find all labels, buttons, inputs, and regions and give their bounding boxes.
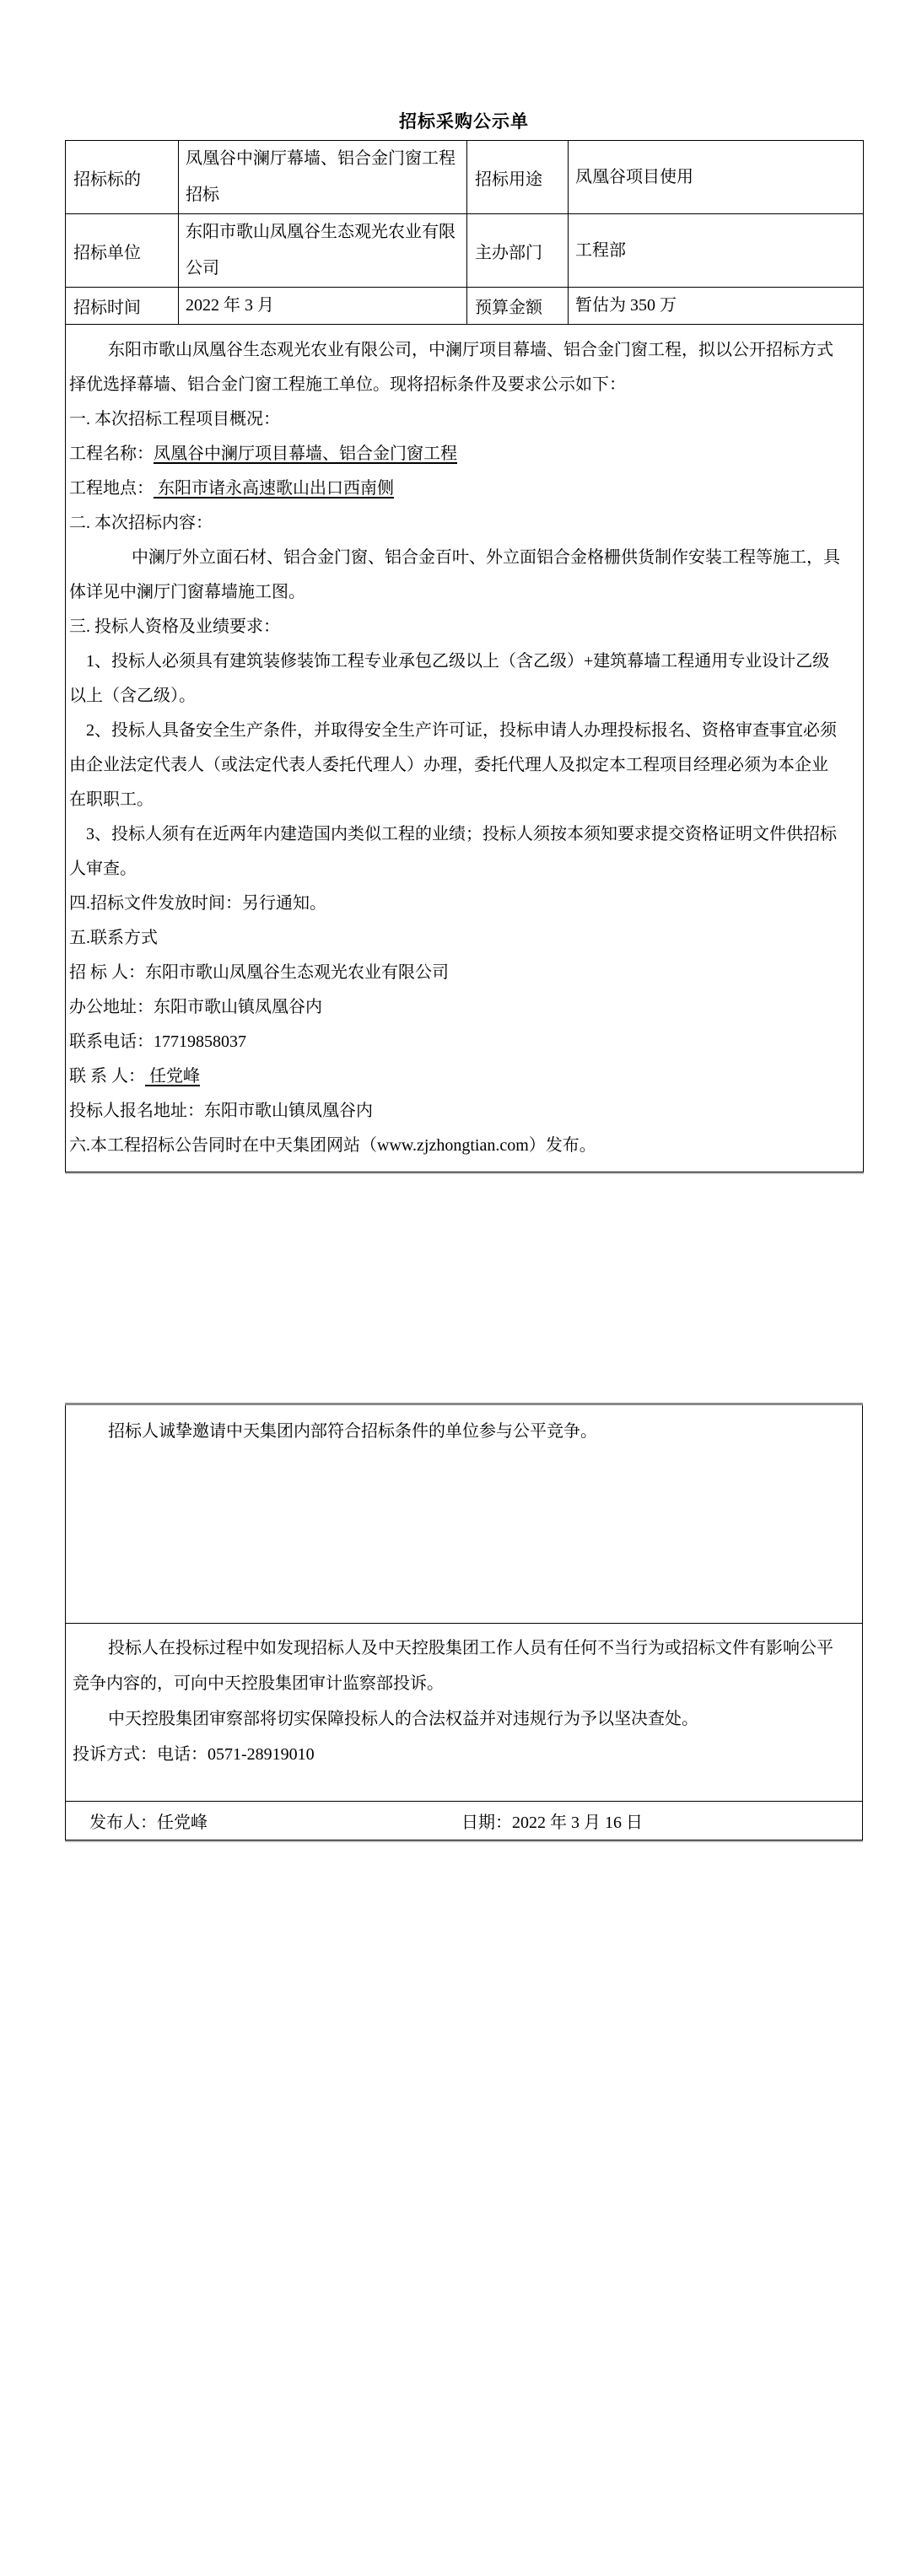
invitation-text: 招标人诚挚邀请中天集团内部符合招标条件的单位参与公平竞争。 <box>73 1414 840 1449</box>
table-row-subject: 招标标的 凤凰谷中澜厅幕墙、铝合金门窗工程招标 招标用途 凤凰谷项目使用 <box>66 141 864 214</box>
complaint-phone-line: 投诉方式：电话：0571-28919010 <box>73 1737 840 1772</box>
section6-line: 六.本工程招标公告同时在中天集团网站（www.zjzhongtian.com）发… <box>69 1129 841 1163</box>
project-site-label: 工程地点： <box>69 479 154 498</box>
signup-address-line: 投标人报名地址：东阳市歌山镇凤凰谷内 <box>69 1094 841 1129</box>
document-title: 招标采购公示单 <box>65 0 863 133</box>
contact-phone-line: 联系电话：17719858037 <box>69 1025 841 1059</box>
contact-person-value: 任党峰 <box>145 1067 200 1086</box>
qualification-item-3: 3、投标人须有在近两年内建造国内类似工程的业绩；投标人须按本须知要求提交资格证明… <box>69 817 841 887</box>
project-site-line: 工程地点： 东阳市诸永高速歌山出口西南侧 <box>69 472 841 506</box>
complaint-cell: 投标人在投标过程中如发现招标人及中天控股集团工作人员有任何不当行为或招标文件有影… <box>66 1624 863 1802</box>
value-host-department: 工程部 <box>569 214 864 288</box>
section3-heading: 三. 投标人资格及业绩要求： <box>69 610 841 644</box>
project-name-line: 工程名称：凤凰谷中澜厅项目幕墙、铝合金门窗工程 <box>69 437 841 472</box>
value-bid-time: 2022 年 3 月 <box>179 288 467 325</box>
table-row-complaint: 投标人在投标过程中如发现招标人及中天控股集团工作人员有任何不当行为或招标文件有影… <box>66 1624 863 1802</box>
contact-address-line: 办公地址：东阳市歌山镇凤凰谷内 <box>69 990 841 1025</box>
bid-announcement-document: 招标采购公示单 招标标的 凤凰谷中澜厅幕墙、铝合金门窗工程招标 招标用途 凤凰谷… <box>65 0 863 1840</box>
complaint-paragraph-2: 中天控股集团审察部将切实保障投标人的合法权益并对违规行为予以坚决查处。 <box>73 1701 840 1737</box>
label-bid-purpose: 招标用途 <box>467 141 569 214</box>
table-row-invitation: 招标人诚挚邀请中天集团内部符合招标条件的单位参与公平竞争。 <box>66 1404 863 1624</box>
contact-bidder-line: 招 标 人：东阳市歌山凤凰谷生态观光农业有限公司 <box>69 956 841 990</box>
table-row-unit: 招标单位 东阳市歌山凤凰谷生态观光农业有限公司 主办部门 工程部 <box>66 214 864 288</box>
section4-line: 四.招标文件发放时间：另行通知。 <box>69 887 841 921</box>
label-bid-unit: 招标单位 <box>66 214 179 288</box>
value-bid-subject: 凤凰谷中澜厅幕墙、铝合金门窗工程招标 <box>179 141 467 214</box>
invitation-cell: 招标人诚挚邀请中天集团内部符合招标条件的单位参与公平竞争。 <box>66 1404 863 1624</box>
label-host-department: 主办部门 <box>467 214 569 288</box>
section2-heading: 二. 本次招标内容： <box>69 506 841 541</box>
value-bid-unit: 东阳市歌山凤凰谷生态观光农业有限公司 <box>179 214 467 288</box>
project-name-value: 凤凰谷中澜厅项目幕墙、铝合金门窗工程 <box>154 445 457 463</box>
footer-cell: 发布人：任党峰日期：2022 年 3 月 16 日 <box>66 1802 863 1840</box>
publisher-name: 发布人：任党峰 <box>89 1808 461 1833</box>
table-row-time: 招标时间 2022 年 3 月 预算金额 暂估为 350 万 <box>66 288 864 325</box>
table-row-footer: 发布人：任党峰日期：2022 年 3 月 16 日 <box>66 1802 863 1840</box>
contact-person-line: 联 系 人： 任党峰 <box>69 1059 841 1094</box>
announcement-body-cell: 东阳市歌山凤凰谷生态观光农业有限公司，中澜厅项目幕墙、铝合金门窗工程，拟以公开招… <box>66 325 864 1172</box>
project-name-label: 工程名称： <box>69 445 154 463</box>
invitation-complaint-table: 招标人诚挚邀请中天集团内部符合招标条件的单位参与公平竞争。 投标人在投标过程中如… <box>65 1403 863 1840</box>
contact-person-label: 联 系 人： <box>69 1067 145 1086</box>
section1-heading: 一. 本次招标工程项目概况： <box>69 402 841 437</box>
value-bid-purpose: 凤凰谷项目使用 <box>569 141 864 214</box>
publish-date: 日期：2022 年 3 月 16 日 <box>461 1813 643 1832</box>
label-bid-time: 招标时间 <box>66 288 179 325</box>
table-row-body: 东阳市歌山凤凰谷生态观光农业有限公司，中澜厅项目幕墙、铝合金门窗工程，拟以公开招… <box>66 325 864 1172</box>
qualification-item-2: 2、投标人具备安全生产条件，并取得安全生产许可证，投标申请人办理投标报名、资格审… <box>69 714 841 817</box>
bid-info-table: 招标标的 凤凰谷中澜厅幕墙、铝合金门窗工程招标 招标用途 凤凰谷项目使用 招标单… <box>65 140 864 1172</box>
label-bid-subject: 招标标的 <box>66 141 179 214</box>
value-budget: 暂估为 350 万 <box>569 288 864 325</box>
qualification-item-1: 1、投标人必须具有建筑装修装饰工程专业承包乙级以上（含乙级）+建筑幕墙工程通用专… <box>69 644 841 714</box>
section2-content: 中澜厅外立面石材、铝合金门窗、铝合金百叶、外立面铝合金格栅供货制作安装工程等施工… <box>69 541 841 610</box>
intro-paragraph: 东阳市歌山凤凰谷生态观光农业有限公司，中澜厅项目幕墙、铝合金门窗工程，拟以公开招… <box>69 333 841 402</box>
complaint-paragraph-1: 投标人在投标过程中如发现招标人及中天控股集团工作人员有任何不当行为或招标文件有影… <box>73 1630 840 1701</box>
label-budget: 预算金额 <box>467 288 569 325</box>
section5-heading: 五.联系方式 <box>69 921 841 956</box>
project-site-value: 东阳市诸永高速歌山出口西南侧 <box>154 479 394 498</box>
